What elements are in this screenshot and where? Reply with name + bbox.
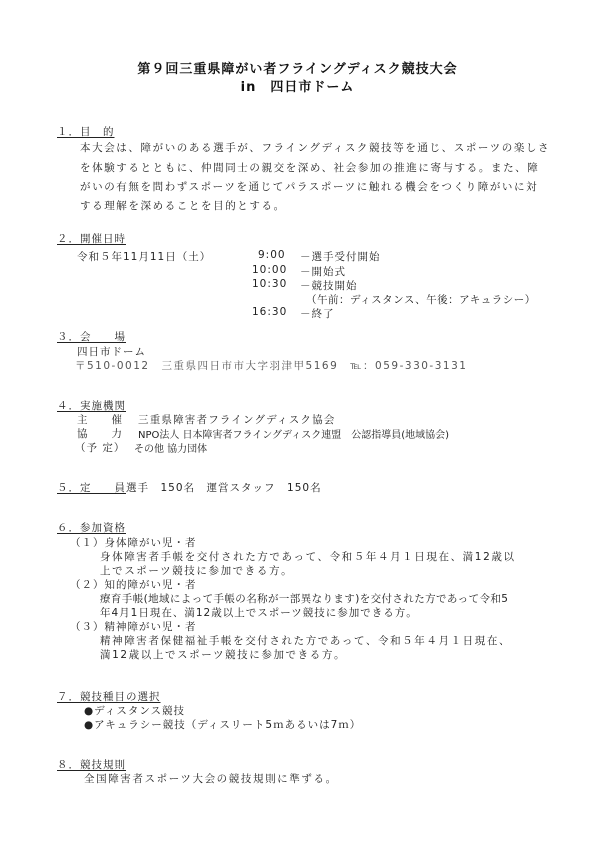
schedule-event: －選手受付開始: [300, 249, 381, 264]
eligibility-label: （２）知的障がい児・者: [70, 577, 197, 592]
schedule-time: 10:30: [252, 278, 287, 290]
eligibility-line: 身体障害者手帳を交付された方であって、令和５年４月１日現在、満12歳以: [100, 549, 516, 564]
section-heading-rules: ８．競技規則: [57, 757, 126, 772]
schedule-event: －終了: [300, 306, 335, 321]
section-heading-date: ２．開催日時: [57, 231, 126, 246]
venue-address: 〒510-0012 三重県四日市市大字羽津甲5169 ℡：059-330-313…: [75, 358, 467, 373]
purpose-line: がいの有無を問わずスポーツを通じてパラスポーツに触れる機会をつくり障がいに対: [80, 179, 538, 194]
purpose-line: する理解を深めることを目的とする。: [80, 198, 286, 213]
purpose-line: 本大会は、障がいのある選手が、フライングディスク競技等を通じ、スポーツの楽しさ: [80, 140, 550, 155]
purpose-line: を体験するとともに、仲間同士の親交を深め、社会参加の推進に寄与する。また、障: [80, 160, 539, 175]
event-item: ●ディスタンス競技: [84, 703, 185, 718]
schedule-time: 9:00: [258, 249, 286, 261]
section-heading-organizers: ４．実施機関: [57, 398, 126, 413]
organizer-value: その他 協力団体: [134, 440, 207, 455]
organizer-role: （予 定）: [75, 440, 125, 455]
event-date: 令和５年11月11日（土）: [77, 249, 211, 264]
schedule-event: －開始式: [300, 264, 346, 279]
schedule-note: （午前：ディスタンス、午後：アキュラシー）: [306, 292, 536, 307]
schedule-event: －競技開始: [300, 278, 358, 293]
eligibility-line: 精神障害者保健福祉手帳を交付された方であって、令和５年４月１日現在、: [100, 633, 511, 648]
section-heading-purpose: １．目 的: [57, 124, 115, 139]
section-heading-capacity: ５．定 員: [57, 480, 126, 495]
organizer-value: 三重県障害者フライングディスク協会: [138, 412, 336, 427]
capacity-text: 選手 150名 運営スタッフ 150名: [126, 480, 322, 495]
document-title: 第９回三重県障がい者フライングディスク競技大会: [0, 58, 595, 77]
organizer-value: NPO法人 日本障害者フライングディスク連盟 公認指導員(地域協会): [138, 426, 449, 441]
eligibility-line: 年4月1日現在、満12歳以上でスポーツ競技に参加できる方。: [100, 605, 418, 620]
schedule-time: 16:30: [252, 306, 287, 318]
rules-text: 全国障害者スポーツ大会の競技規則に準ずる。: [84, 771, 338, 786]
event-item: ●アキュラシー競技（ディスリート5ｍあるいは7ｍ）: [84, 717, 361, 732]
section-heading-eligibility: ６．参加資格: [57, 520, 126, 535]
section-heading-venue: ３．会 場: [57, 329, 126, 344]
document-subtitle: in 四日市ドーム: [0, 76, 595, 95]
schedule-time: 10:00: [252, 264, 287, 276]
organizer-role: 協 力: [77, 426, 123, 441]
section-heading-events: ７．競技種目の選択: [57, 689, 161, 704]
eligibility-line: 満12歳以上でスポーツ競技に参加できる方。: [100, 647, 346, 662]
eligibility-line: 上でスポーツ競技に参加できる方。: [100, 563, 293, 578]
eligibility-label: （１）身体障がい児・者: [70, 535, 197, 550]
eligibility-line: 療育手帳(地域によって手帳の名称が一部異なります)を交付された方であって令和5: [100, 591, 508, 606]
organizer-role: 主 催: [77, 412, 123, 427]
venue-name: 四日市ドーム: [77, 344, 146, 359]
eligibility-label: （３）精神障がい児・者: [70, 619, 197, 634]
